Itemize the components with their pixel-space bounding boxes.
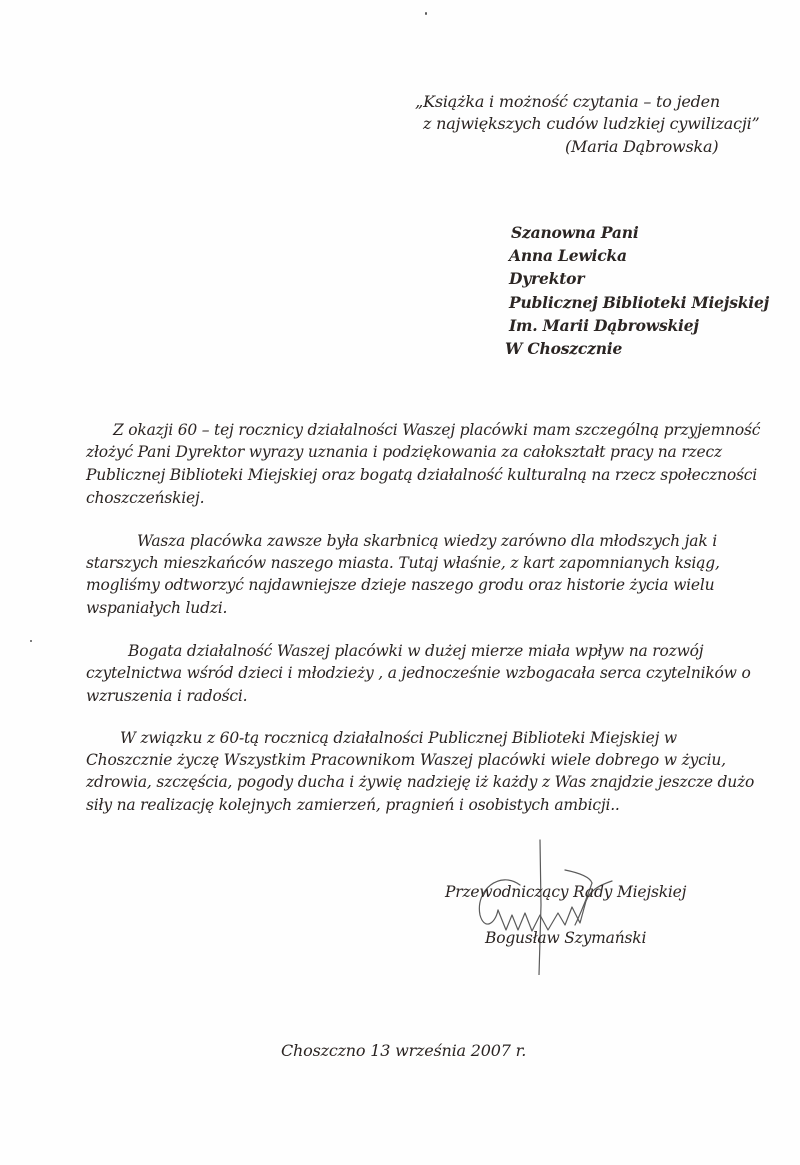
addressee-institution: Publicznej Biblioteki Miejskiej xyxy=(509,293,769,313)
body-line: Z okazji 60 – tej rocznicy działalności … xyxy=(113,420,760,440)
body-line: Bogata działalność Waszej placówki w duż… xyxy=(128,641,703,661)
addressee-name: Anna Lewicka xyxy=(509,246,627,266)
body-line: czytelnictwa wśród dzieci i młodzieży , … xyxy=(86,663,751,683)
letter-page: „Książka i możność czytania – to jeden z… xyxy=(0,0,800,1165)
body-line: mogliśmy odtworzyć najdawniejsze dzieje … xyxy=(86,575,714,595)
signatory-name: Bogusław Szymański xyxy=(485,928,646,948)
addressee-institution-name: Im. Marii Dąbrowskiej xyxy=(509,316,699,336)
place-date-line: Choszczno 13 września 2007 r. xyxy=(281,1041,526,1061)
body-line: Publicznej Biblioteki Miejskiej oraz bog… xyxy=(86,465,757,485)
body-line: W związku z 60-tą rocznicą działalności … xyxy=(120,728,677,748)
epigraph-line: „Książka i możność czytania – to jeden xyxy=(415,92,720,112)
body-line: zdrowia, szczęścia, pogody ducha i żywię… xyxy=(86,772,754,792)
body-line: Choszcznie życzę Wszystkim Pracownikom W… xyxy=(86,750,726,770)
scan-speck xyxy=(30,640,32,642)
signatory-title: Przewodniczący Rady Miejskiej xyxy=(445,882,686,902)
scan-speck xyxy=(425,12,427,15)
body-line: choszczeńskiej. xyxy=(86,488,204,508)
epigraph-line: z największych cudów ludzkiej cywilizacj… xyxy=(423,114,760,134)
body-line: starszych mieszkańców naszego miasta. Tu… xyxy=(86,553,720,573)
body-line: Wasza placówka zawsze była skarbnicą wie… xyxy=(137,531,717,551)
signature-scribble-icon xyxy=(440,835,640,975)
addressee-salutation: Szanowna Pani xyxy=(511,223,639,243)
body-line: wspaniałych ludzi. xyxy=(86,598,227,618)
body-line: złożyć Pani Dyrektor wyrazy uznania i po… xyxy=(86,442,722,462)
body-line: siły na realizację kolejnych zamierzeń, … xyxy=(86,795,620,815)
addressee-role: Dyrektor xyxy=(509,269,584,289)
addressee-city: W Choszcznie xyxy=(505,339,622,359)
epigraph-author: (Maria Dąbrowska) xyxy=(565,137,718,157)
body-line: wzruszenia i radości. xyxy=(86,686,247,706)
